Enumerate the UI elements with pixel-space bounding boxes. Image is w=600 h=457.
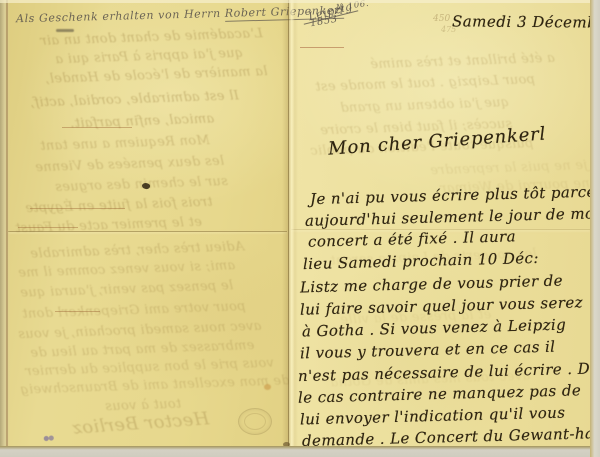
page-gutter	[282, 0, 298, 448]
bleedthrough-line: a été brillant et très animé	[370, 51, 555, 72]
scan-edge-left	[0, 0, 10, 448]
letter-body-line: aujourd'hui seulement le jour de mon	[305, 204, 592, 230]
letter-left-page: L'académie de chant dont un air que j'ai…	[0, 0, 289, 448]
fold-crease-left	[8, 231, 287, 232]
bleedthrough-line: Il est admirable, cordial, actif,	[30, 88, 239, 110]
bleedthrough-line: ami; si vous venez comme il me	[18, 258, 236, 281]
letter-scan: L'académie de chant dont un air que j'ai…	[0, 0, 600, 457]
bleedthrough-underline	[30, 208, 125, 209]
fold-crease-right	[291, 229, 590, 230]
letter-date: Samedi 3 Décemb:	[452, 12, 592, 31]
letter-paper: L'académie de chant dont un air que j'ai…	[0, 0, 592, 448]
scan-edge-right	[590, 0, 600, 457]
bleedthrough-line: que j'ai obtenu un grand	[340, 95, 510, 116]
letter-body-line: Je n'ai pu vous écrire plus tôt parceque	[310, 182, 592, 208]
bleedthrough-line: la manière de l'école de Handel,	[45, 64, 268, 87]
scan-edge-left-line	[6, 0, 8, 448]
bleedthrough-line: et le premier acte du Faust	[15, 215, 202, 237]
foxing-spot	[264, 384, 271, 390]
page-gutter-line	[288, 0, 289, 448]
letter-body-line: lui faire savoir quel jour vous serez	[300, 293, 583, 318]
letter-body-line: demande . Le Concert du Gewant-hau	[302, 424, 592, 448]
bleedthrough-line: mais je ne puis la reprendre	[430, 157, 592, 179]
bleedthrough-underline	[62, 127, 132, 128]
bleedthrough-line: amical, enfin parfait.	[70, 111, 215, 131]
bleedthrough-signature: Hector Berlioz	[71, 408, 209, 439]
bleedthrough-line: que j'ai appris à Paris qui a	[55, 46, 244, 68]
bleedthrough-line: les deux pensées de Vienne	[35, 154, 225, 176]
embossed-seal	[238, 408, 272, 435]
bleedthrough-line: trois fois la fuite en Égypte	[25, 195, 213, 217]
bleedthrough-underline	[300, 47, 344, 48]
scan-edge-bottom	[0, 446, 600, 457]
bleedthrough-underline	[18, 227, 78, 228]
bleedthrough-underline	[55, 311, 100, 312]
letter-body-line: Listz me charge de vous prier de	[300, 272, 563, 297]
letter-body-line: lui envoyer l'indication qu'il vous	[300, 404, 566, 429]
scan-edge-top	[0, 0, 592, 3]
bleedthrough-line: le pensez pas venir, j'aurai que	[20, 278, 234, 300]
faint-number: 450	[433, 14, 450, 24]
letter-right-page: a été brillant et très animé pour Leipzi…	[289, 0, 592, 448]
bleedthrough-line: pour Leipzig . tout le monde est	[315, 72, 535, 95]
letter-body-line: il vous y trouvera et en ce cas il	[300, 338, 556, 363]
collection-stamp	[43, 434, 54, 443]
pencil-smudge	[56, 29, 74, 32]
bleedthrough-line: Mon Requiem a une tant	[40, 133, 210, 154]
